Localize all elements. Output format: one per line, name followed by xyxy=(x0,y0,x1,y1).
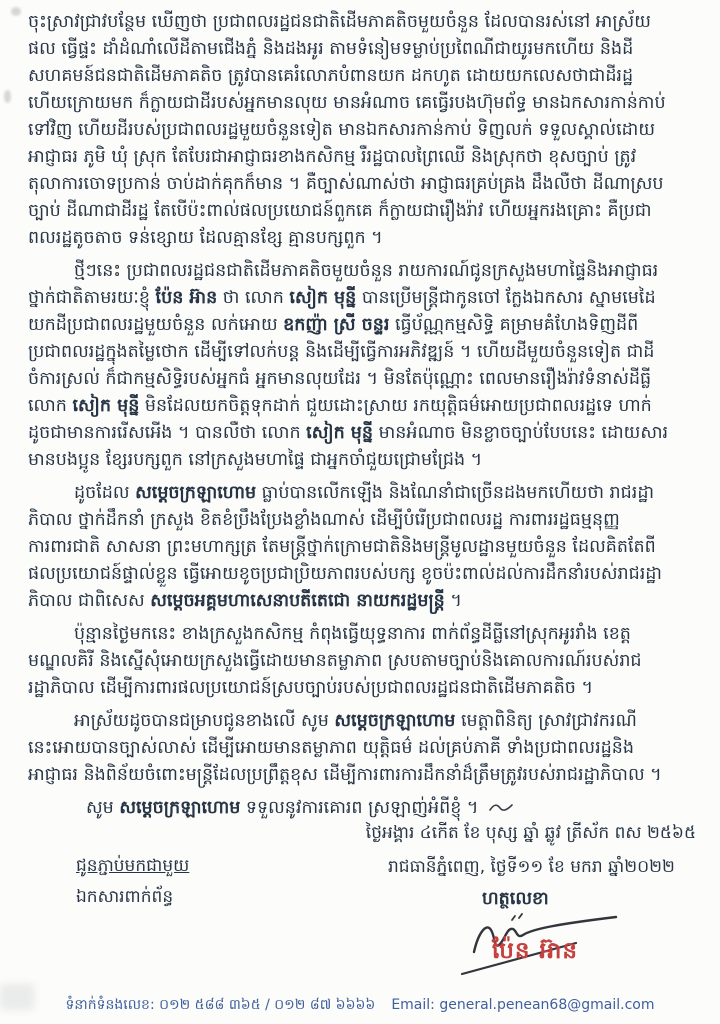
closing-line: សូម សម្តេចក្រឡាហោម ទទួលនូវការគោរព ស្រឡាញ… xyxy=(28,795,700,822)
text-line: ដូចជាមានការរើសអើង ។ បានលឺថា លោក សៀក មុន្… xyxy=(28,420,700,447)
paragraph: អាស្រ័យដូចបានជម្រាបជូនខាងលើ សូម សម្តេចក្… xyxy=(28,708,700,789)
initial-mark xyxy=(488,800,514,816)
text-line: ច្បាប់ ដីណាជាដីរដ្ឋ តែបើប៉ះពាល់ផលប្រយោជន… xyxy=(28,198,700,225)
text-line: ហើយក្រោយមក ក៏ក្លាយជាដីរបស់អ្នកមានលុយ មាន… xyxy=(28,90,700,117)
text-line: មានបងប្អូន ខ្សែរបក្សពួក នៅក្រសួងមហាផ្ទៃ … xyxy=(28,447,700,474)
text-line: ចុះស្រាវជ្រាវបន្ថែម ឃើញថា ប្រជាពលរដ្ឋជនជ… xyxy=(28,9,700,36)
footer-email-address: general.penean68@gmail.com xyxy=(439,997,654,1013)
text-line: ភិបាល ថ្នាក់ដឹកនាំ ក្រសួង ខិតខំប្រឹងប្រែ… xyxy=(28,507,700,534)
paragraph: ដូចដែល សម្តេចក្រឡាហោម ធ្លាប់បានលើកឡើង និ… xyxy=(28,480,700,615)
paragraph: ប៉ុន្មានថ្ងៃមកនេះ ខាងក្រសួងកសិកម្ម កំពុង… xyxy=(28,621,700,702)
footer-email-label: Email: xyxy=(391,997,435,1013)
document-body: ចុះស្រាវជ្រាវបន្ថែម ឃើញថា ប្រជាពលរដ្ឋជនជ… xyxy=(0,0,720,822)
text-line: ថ្មីៗនេះ ប្រជាពលរដ្ឋជនជាតិដើមភាគតិចមួយចំ… xyxy=(28,258,700,285)
text-line: ដូចដែល សម្តេចក្រឡាហោម ធ្លាប់បានលើកឡើង និ… xyxy=(28,480,700,507)
dateline-lunar: ថ្ងៃអង្គារ ៤កើត ខែ បុស្ស ឆ្នាំ ឆ្លូវ ត្រ… xyxy=(366,822,696,847)
text-line: អាជ្ញាធរ និងពិន័យចំពោះមន្ត្រីដែលប្រព្រឹត… xyxy=(28,762,700,789)
text-line: ថ្នាក់ជាតិតាមរយៈខ្ញុំ ប៉ែន អ៊ាន ថា លោក ស… xyxy=(28,285,700,312)
scanned-letter-page: ចុះស្រាវជ្រាវបន្ថែម ឃើញថា ប្រជាពលរដ្ឋជនជ… xyxy=(0,0,720,1024)
text-line: ផលប្រយោជន៍ផ្ទាល់ខ្លួន ធ្វើអោយខូចប្រជាប្រ… xyxy=(28,561,700,588)
text-line: អាជ្ញាធរ ភូមិ ឃុំ ស្រុក តែបែរជាអាជ្ញាធរខ… xyxy=(28,144,700,171)
attachment-item: ឯកសារពាក់ព័ន្ធ xyxy=(76,882,189,913)
text-line: ផល ធ្វើផ្ទះ ដាំដំណាំលើដីតាមជើងភ្នំ និងដង… xyxy=(28,36,700,63)
text-line: ភិបាល ជាពិសេស សម្តេចអគ្គមហាសេនាបតីតេជោ ន… xyxy=(28,588,700,615)
text-line: លោក សៀក មុន្នី មិនដែលយកចិត្តទុកដាក់ ជួយដ… xyxy=(28,393,700,420)
text-line: អាស្រ័យដូចបានជម្រាបជូនខាងលើ សូម សម្តេចក្… xyxy=(28,708,700,735)
text-line: ទៅវិញ ហើយដីរបស់ប្រជាពលរដ្ឋមួយចំនួនទៀត មា… xyxy=(28,117,700,144)
footer-contact-line: ទំនាក់ទំនងលេខ: ០១២ ៥៨៨ ៣៦៥ / ០១២ ៨៧ ៦៦៦៦… xyxy=(0,995,720,1016)
text-line: ពលរដ្ឋតូចតាច ទន់ខ្សោយ ដែលគ្មានខ្សែ គ្មាន… xyxy=(28,225,700,252)
dateline-gregorian: រាជធានីភ្នំពេញ, ថ្ងៃទី១១ ខែ មករា ឆ្នាំ២០… xyxy=(388,856,675,881)
text-line: ប្រជាពលរដ្ឋក្នុងតម្លៃថោក ដើម្បីទៅលក់បន្ត… xyxy=(28,339,700,366)
text-line: យកដីប្រជាពលរដ្ឋមួយចំនួន លក់អោយ ឧកញ៉ា ស្រ… xyxy=(28,312,700,339)
text-line: មណ្ឌលគិរី និងស្នើសុំអោយក្រសួងធ្វើដោយមានត… xyxy=(28,648,700,675)
attachment-heading: ជូនភ្ជាប់មកជាមួយ xyxy=(76,851,189,882)
scan-artifact xyxy=(11,7,21,16)
text-line: ចំការស្រល់ ក៏ជាកម្មសិទ្ធិរបស់អ្នកធំ អ្នក… xyxy=(28,366,700,393)
footer-phone: ទំនាក់ទំនងលេខ: ០១២ ៥៨៨ ៣៦៥ / ០១២ ៨៧ ៦៦៦៦ xyxy=(66,997,376,1013)
text-line: តុលាការចោទប្រកាន់ ចាប់ដាក់គុកក៏មាន ។ គឺច… xyxy=(28,171,700,198)
signatory-name: ប៉ែន អ៊ាន xyxy=(492,937,578,970)
text-line: ការពារជាតិ សាសនា ព្រះមហាក្សត្រ តែមន្ត្រី… xyxy=(28,534,700,561)
closing-text: សូម សម្តេចក្រឡាហោម ទទួលនូវការគោរព ស្រឡាញ… xyxy=(86,798,478,818)
paragraphs-host: ចុះស្រាវជ្រាវបន្ថែម ឃើញថា ប្រជាពលរដ្ឋជនជ… xyxy=(28,9,700,789)
attachment-block: ជូនភ្ជាប់មកជាមួយ ឯកសារពាក់ព័ន្ធ xyxy=(76,851,189,913)
text-line: សហគមន៍ជនជាតិដើមភាគតិច ត្រូវបានគេរំលោភបំព… xyxy=(28,63,700,90)
text-line: ប៉ុន្មានថ្ងៃមកនេះ ខាងក្រសួងកសិកម្ម កំពុង… xyxy=(28,621,700,648)
paragraph: ចុះស្រាវជ្រាវបន្ថែម ឃើញថា ប្រជាពលរដ្ឋជនជ… xyxy=(28,9,700,252)
paragraph: ថ្មីៗនេះ ប្រជាពលរដ្ឋជនជាតិដើមភាគតិចមួយចំ… xyxy=(28,258,700,474)
text-line: រដ្ឋាភិបាល ដើម្បីការពារផលប្រយោជន៍ស្របច្ប… xyxy=(28,675,700,702)
text-line: នេះអោយបានច្បាស់លាស់ ដើម្បីអោយមានតម្លាភាព… xyxy=(28,735,700,762)
scan-artifact xyxy=(4,90,11,103)
